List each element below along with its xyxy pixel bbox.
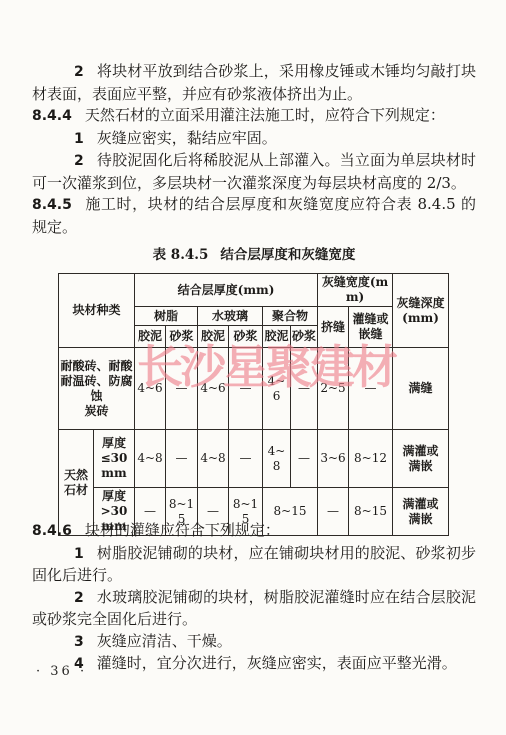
header-cement: 胶泥 [198, 326, 229, 348]
item-number: 1 [74, 131, 84, 147]
header-bonding-thickness: 结合层厚度(mm) [135, 274, 318, 307]
row-label-thickness-le30: 厚度 ≤30mm [94, 430, 135, 488]
clause-section-8-4-5: 8.4.5施工时，块材的结合层厚度和灰缝宽度应符合表 8.4.5 的规定。 [32, 194, 476, 238]
table-caption-label: 表 8.4.5 [153, 247, 209, 263]
table-caption: 表 8.4.5结合层厚度和灰缝宽度 [32, 245, 476, 265]
clause-item: 2将块材平放到结合砂浆上，采用橡皮锤或木锤均匀敲打块材表面，表面应平整，并应有砂… [32, 61, 476, 105]
cell-value: — [229, 430, 263, 488]
section-number: 8.4.5 [32, 197, 72, 213]
clause-section-8-4-4: 8.4.4天然石材的立面采用灌注法施工时，应符合下列规定： [32, 105, 476, 128]
header-resin: 树脂 [135, 307, 198, 326]
clause-item: 1灰缝应密实，黏结应牢固。 [32, 128, 476, 151]
section-text: 施工时，块材的结合层厚度和灰缝宽度应符合表 8.4.5 的规定。 [32, 195, 476, 236]
item-number: 1 [74, 546, 84, 562]
clause-item: 2水玻璃胶泥铺砌的块材，树脂胶泥灌缝时应在结合层胶泥或砂浆完全固化后进行。 [32, 587, 476, 631]
section-text: 天然石材的立面采用灌注法施工时，应符合下列规定： [85, 106, 445, 124]
cell-value: — [166, 430, 198, 488]
table-caption-title: 结合层厚度和灰缝宽度 [220, 247, 355, 263]
header-joint-width: 灰缝宽度(mm) [318, 274, 393, 307]
header-mortar: 砂浆 [291, 326, 318, 348]
section-number: 8.4.6 [32, 523, 72, 539]
item-text: 灌缝时，宜分次进行，灰缝应密实，表面应平整光滑。 [97, 654, 457, 672]
page-body: 2将块材平放到结合砂浆上，采用橡皮锤或木锤均匀敲打块材表面，表面应平整，并应有砂… [32, 61, 476, 536]
cell-value: 2~5 [318, 348, 349, 430]
header-block-type: 块材种类 [59, 274, 135, 348]
table-row: 耐酸砖、耐酸 耐温砖、防腐蚀 炭砖 4~6 — 4~6 — 4~6 — 2~5 … [59, 348, 449, 430]
item-text: 树脂胶泥铺砌的块材，应在铺砌块材用的胶泥、砂浆初步固化后进行。 [32, 544, 476, 585]
cell-value: 3~6 [318, 430, 349, 488]
header-mortar: 砂浆 [166, 326, 198, 348]
item-text: 灰缝应清洁、干燥。 [97, 632, 232, 650]
cell-value: 4~8 [198, 430, 229, 488]
cell-value: 4~6 [198, 348, 229, 430]
cell-joint-depth: 满灌或 满嵌 [393, 430, 449, 488]
cell-value: 4~6 [135, 348, 166, 430]
header-cement: 胶泥 [135, 326, 166, 348]
clause-item: 2待胶泥固化后将稀胶泥从上部灌入。当立面为单层块材时可一次灌浆到位，多层块材一次… [32, 150, 476, 194]
table-row: 天然 石材 厚度 ≤30mm 4~8 — 4~8 — 4~8 — 3~6 8~1… [59, 430, 449, 488]
section-number: 8.4.4 [32, 108, 72, 124]
header-polymer: 聚合物 [263, 307, 318, 326]
clause-item: 1树脂胶泥铺砌的块材，应在铺砌块材用的胶泥、砂浆初步固化后进行。 [32, 543, 476, 587]
cell-value: 4~8 [135, 430, 166, 488]
header-joint-depth: 灰缝深度 (mm) [393, 274, 449, 348]
item-number: 2 [74, 64, 84, 80]
item-text: 将块材平放到结合砂浆上，采用橡皮锤或木锤均匀敲打块材表面，表面应平整，并应有砂浆… [32, 62, 476, 103]
cell-value: 8~12 [349, 430, 393, 488]
page-body-bottom: 8.4.6块材的灌缝应符合下列规定： 1树脂胶泥铺砌的块材，应在铺砌块材用的胶泥… [32, 520, 476, 676]
table-8-4-5: 块材种类 结合层厚度(mm) 灰缝宽度(mm) 灰缝深度 (mm) 树脂 水玻璃… [58, 273, 449, 536]
clause-section-8-4-6: 8.4.6块材的灌缝应符合下列规定： [32, 520, 476, 543]
page-number: · 36 · [36, 664, 87, 679]
clause-item: 4灌缝时，宜分次进行，灰缝应密实，表面应平整光滑。 [32, 653, 476, 676]
cell-value: — [166, 348, 198, 430]
item-text: 灰缝应密实，黏结应牢固。 [97, 129, 277, 147]
row-label-acid-brick: 耐酸砖、耐酸 耐温砖、防腐蚀 炭砖 [59, 348, 135, 430]
header-squeeze-joint: 挤缝 [318, 307, 349, 348]
item-number: 2 [74, 153, 84, 169]
cell-value: — [291, 348, 318, 430]
header-grout-or-caulk: 灌缝或 嵌缝 [349, 307, 393, 348]
document-page: 2将块材平放到结合砂浆上，采用橡皮锤或木锤均匀敲打块材表面，表面应平整，并应有砂… [0, 0, 506, 735]
cell-value: 4~6 [263, 348, 291, 430]
cell-value: — [349, 348, 393, 430]
cell-value: — [229, 348, 263, 430]
cell-joint-depth: 满缝 [393, 348, 449, 430]
clause-item: 3灰缝应清洁、干燥。 [32, 631, 476, 654]
header-cement: 胶泥 [263, 326, 291, 348]
item-text: 待胶泥固化后将稀胶泥从上部灌入。当立面为单层块材时可一次灌浆到位，多层块材一次灌… [32, 151, 476, 192]
cell-value: — [291, 430, 318, 488]
header-mortar: 砂浆 [229, 326, 263, 348]
section-text: 块材的灌缝应符合下列规定： [85, 521, 280, 539]
item-text: 水玻璃胶泥铺砌的块材，树脂胶泥灌缝时应在结合层胶泥或砂浆完全固化后进行。 [32, 588, 476, 629]
item-number: 2 [74, 590, 84, 606]
header-waterglass: 水玻璃 [198, 307, 263, 326]
item-number: 3 [74, 634, 84, 650]
cell-value: 4~8 [263, 430, 291, 488]
